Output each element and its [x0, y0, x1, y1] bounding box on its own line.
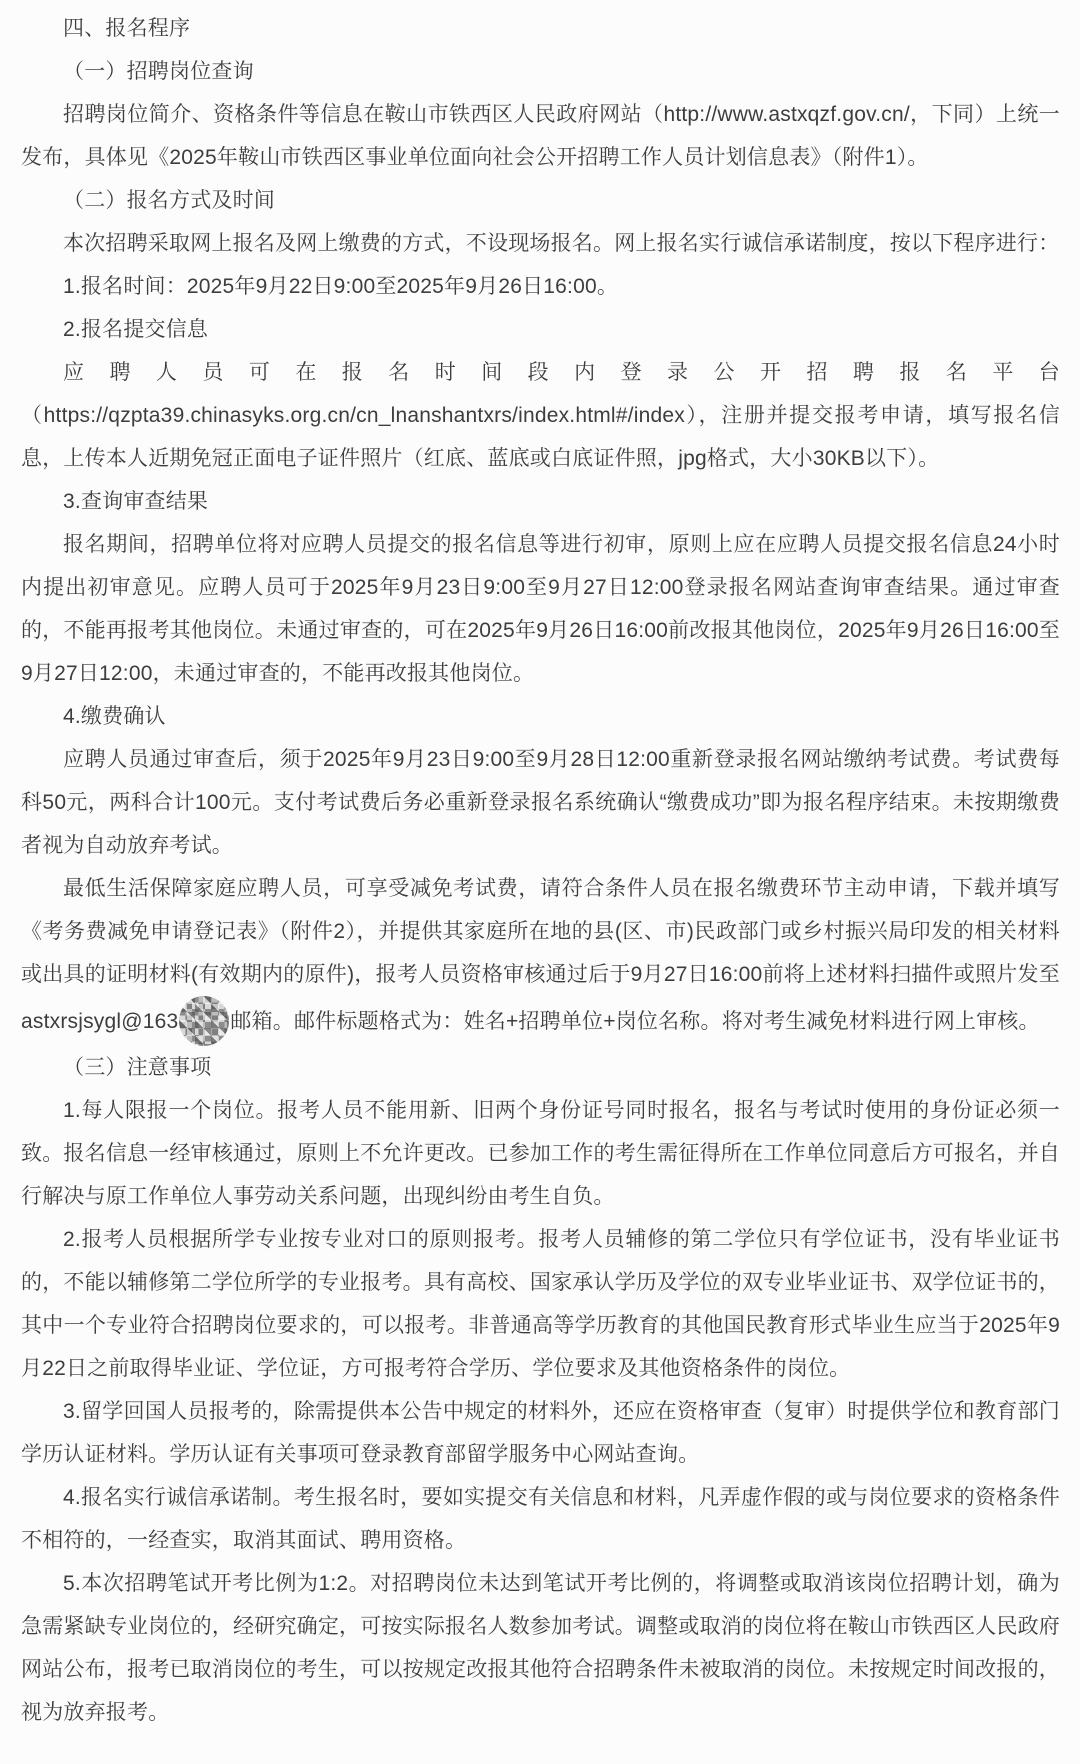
document-body: 四、报名程序（一）招聘岗位查询招聘岗位简介、资格条件等信息在鞍山市铁西区人民政府…	[0, 0, 1080, 1764]
paragraph: 最低生活保障家庭应聘人员，可享受减免考试费，请符合条件人员在报名缴费环节主动申请…	[21, 867, 1060, 1046]
paragraph: 2.报考人员根据所学专业按专业对口的原则报考。报考人员辅修的第二学位只有学位证书…	[21, 1218, 1060, 1390]
paragraph: 1.每人限报一个岗位。报考人员不能用新、旧两个身份证号同时报名，报名与考试时使用…	[21, 1089, 1060, 1218]
paragraph: 1.报名时间：2025年9月22日9:00至2025年9月26日16:00。	[21, 265, 1060, 308]
paragraph: 3.留学回国人员报考的，除需提供本公告中规定的材料外，还应在资格审查（复审）时提…	[21, 1390, 1060, 1476]
paragraph: 3.查询审查结果	[21, 480, 1060, 523]
paragraph: 4.缴费确认	[21, 695, 1060, 738]
paragraph: 4.报名实行诚信承诺制。考生报名时，要如实提交有关信息和材料，凡弄虚作假的或与岗…	[21, 1476, 1060, 1562]
section-heading: 四、报名程序	[21, 7, 1060, 50]
paragraph: 本次招聘采取网上报名及网上缴费的方式，不设现场报名。网上报名实行诚信承诺制度，按…	[21, 222, 1060, 265]
paragraph: 应聘人员可在报名时间段内登录公开招聘报名平台（https://qzpta39.c…	[21, 351, 1060, 480]
sub-heading: （三）注意事项	[21, 1046, 1060, 1089]
paragraph: 2.报名提交信息	[21, 308, 1060, 351]
paragraph-text-after-redaction: 邮箱。邮件标题格式为：姓名+招聘单位+岗位名称。将对考生减免材料进行网上审核。	[230, 1010, 1039, 1033]
paragraph: 招聘岗位简介、资格条件等信息在鞍山市铁西区人民政府网站（http://www.a…	[21, 93, 1060, 179]
paragraph: 报名期间，招聘单位将对应聘人员提交的报名信息等进行初审，原则上应在应聘人员提交报…	[21, 523, 1060, 695]
paragraph: 应聘人员通过审查后，须于2025年9月23日9:00至9月28日12:00重新登…	[21, 738, 1060, 867]
sub-heading: （二）报名方式及时间	[21, 179, 1060, 222]
paragraph: 5.本次招聘笔试开考比例为1:2。对招聘岗位未达到笔试开考比例的，将调整或取消该…	[21, 1562, 1060, 1734]
redaction-mosaic-icon	[179, 996, 229, 1046]
sub-heading: （一）招聘岗位查询	[21, 50, 1060, 93]
